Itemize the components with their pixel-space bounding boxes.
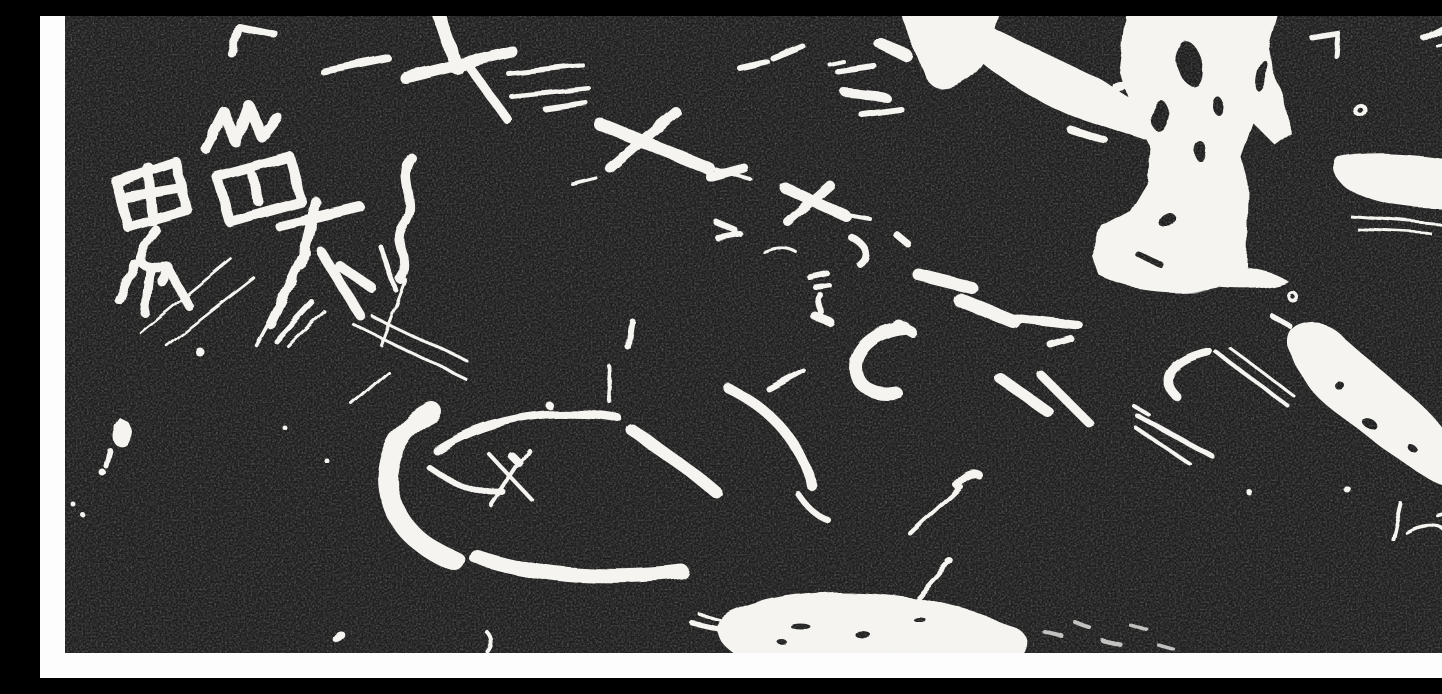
ink-artwork: Monochrome ink artwork detail: [40, 16, 1442, 678]
paper-margin-bottom: [40, 653, 1442, 678]
paper-margin-left: [40, 16, 65, 678]
grain-texture: [65, 16, 1442, 653]
